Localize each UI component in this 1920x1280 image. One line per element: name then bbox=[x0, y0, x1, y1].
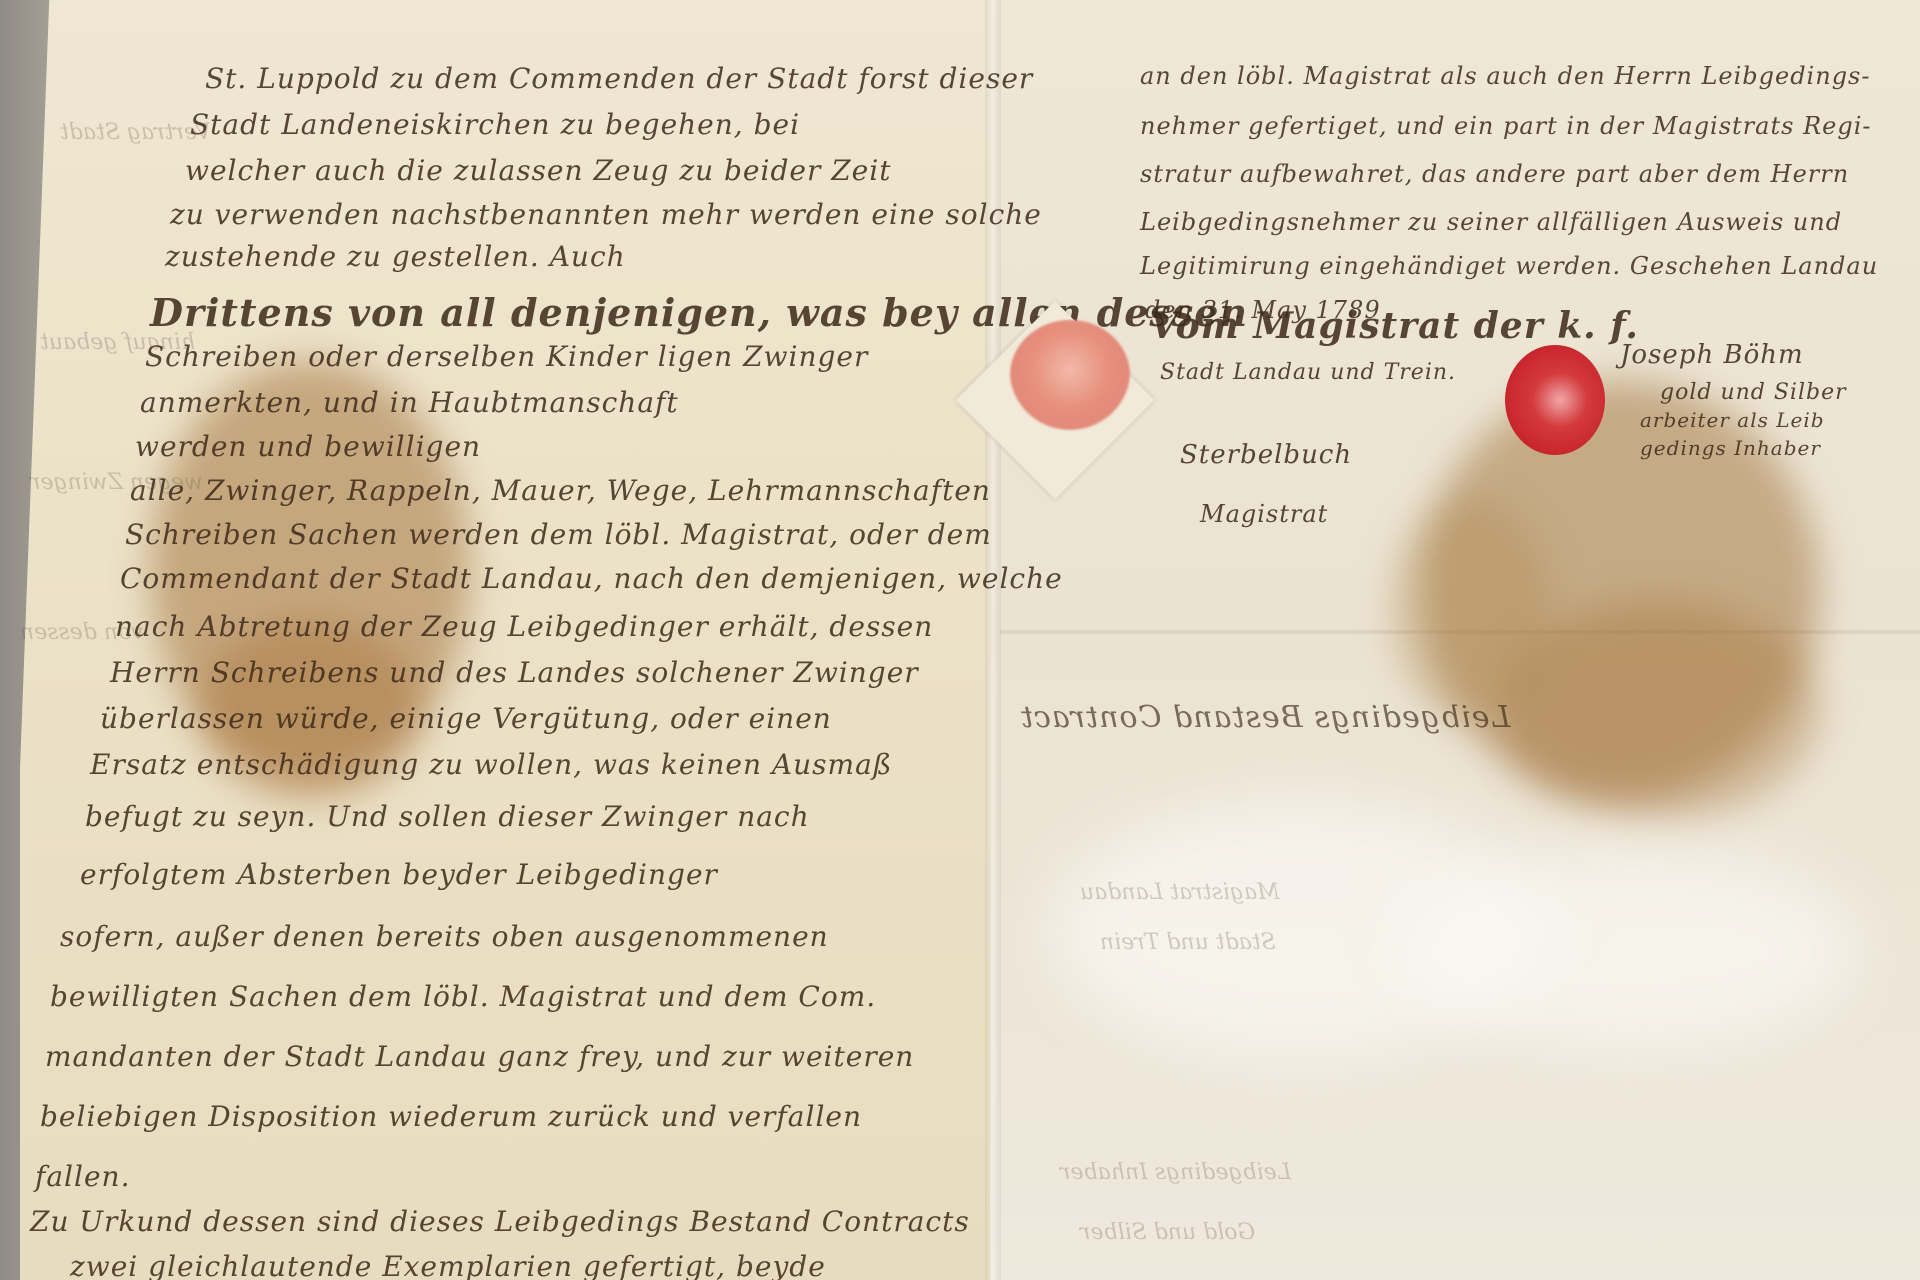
manuscript-line: nehmer gefertiget, und ein part in der M… bbox=[1140, 112, 1872, 140]
manuscript-line: stratur aufbewahret, das andere part abe… bbox=[1140, 160, 1849, 188]
manuscript-line: befugt zu seyn. Und sollen dieser Zwinge… bbox=[85, 800, 810, 833]
manuscript-line: sofern, außer denen bereits oben ausgeno… bbox=[60, 920, 829, 953]
signature-left-1: Sterbelbuch bbox=[1180, 440, 1352, 470]
manuscript-line: alle, Zwinger, Rappeln, Mauer, Wege, Leh… bbox=[130, 474, 991, 507]
manuscript-line: nach Abtretung der Zeug Leibgedinger erh… bbox=[115, 610, 933, 643]
manuscript-line: Commendant der Stadt Landau, nach den de… bbox=[120, 562, 1063, 595]
manuscript-line: beliebigen Disposition wiederum zurück u… bbox=[40, 1100, 862, 1133]
mirrored-title-bleedthrough: Leibgedings Bestand Contract bbox=[1020, 700, 1510, 735]
manuscript-line: mandanten der Stadt Landau ganz frey, un… bbox=[45, 1040, 914, 1073]
manuscript-line: Ersatz entschädigung zu wollen, was kein… bbox=[90, 748, 892, 781]
signature-subtitle: Stadt Landau und Trein. bbox=[1160, 360, 1456, 385]
signature-right-3: arbeiter als Leib bbox=[1640, 408, 1825, 432]
signature-left-2: Magistrat bbox=[1200, 500, 1328, 528]
manuscript-line: Stadt Landeneiskirchen zu begehen, bei bbox=[190, 108, 800, 141]
manuscript-line: Schreiben oder derselben Kinder ligen Zw… bbox=[145, 340, 868, 373]
signature-title: Vom Magistrat der k. f. bbox=[1150, 305, 1639, 347]
pink-paper-seal bbox=[1010, 320, 1130, 430]
red-wax-seal bbox=[1505, 345, 1605, 455]
bleedthrough-text: Gold und Silber bbox=[1080, 1220, 1255, 1245]
bleedthrough-text: Stadt und Trein bbox=[1100, 930, 1276, 955]
manuscript-line: werden und bewilligen bbox=[135, 430, 481, 463]
manuscript-line: Herrn Schreibens und des Landes solchene… bbox=[110, 656, 919, 689]
manuscript-line: Legitimirung eingehändiget werden. Gesch… bbox=[1140, 252, 1878, 280]
manuscript-line: zu verwenden nachstbenannten mehr werden… bbox=[170, 198, 1042, 231]
manuscript-line: Leibgedingsnehmer zu seiner allfälligen … bbox=[1140, 208, 1842, 236]
manuscript-line: fallen. bbox=[35, 1160, 130, 1193]
document-photo: Vertrag Stadt hinauf gebaut wegen Zwinge… bbox=[0, 0, 1920, 1280]
manuscript-line: bewilligten Sachen dem löbl. Magistrat u… bbox=[50, 980, 876, 1013]
manuscript-line: St. Luppold zu dem Commenden der Stadt f… bbox=[205, 62, 1033, 95]
bleedthrough-text: Magistrat Landau bbox=[1080, 880, 1280, 905]
manuscript-line: zwei gleichlautende Exemplarien gefertig… bbox=[70, 1250, 826, 1280]
manuscript-line: erfolgtem Absterben beyder Leibgedinger bbox=[80, 858, 718, 891]
bleedthrough-text: Vertrag Stadt bbox=[60, 120, 211, 145]
manuscript-line: zustehende zu gestellen. Auch bbox=[165, 240, 626, 273]
signature-right-1: Joseph Böhm bbox=[1620, 340, 1804, 370]
water-stain-right-edge bbox=[1390, 500, 1550, 720]
signature-right-2: gold und Silber bbox=[1660, 380, 1847, 405]
manuscript-line: Schreiben Sachen werden dem löbl. Magist… bbox=[125, 518, 992, 551]
manuscript-line: anmerkten, und in Haubtmanschaft bbox=[140, 386, 679, 419]
signature-right-4: gedings Inhaber bbox=[1640, 436, 1821, 460]
manuscript-line: an den löbl. Magistrat als auch den Herr… bbox=[1140, 62, 1870, 90]
center-fold bbox=[985, 0, 1001, 1280]
faded-area bbox=[1400, 850, 1860, 1050]
manuscript-line: Zu Urkund dessen sind dieses Leibgedings… bbox=[30, 1205, 970, 1238]
manuscript-line: überlassen würde, einige Vergütung, oder… bbox=[100, 702, 832, 735]
manuscript-line: welcher auch die zulassen Zeug zu beider… bbox=[185, 154, 891, 187]
bleedthrough-text: Leibgedings Inhaber bbox=[1060, 1160, 1291, 1185]
